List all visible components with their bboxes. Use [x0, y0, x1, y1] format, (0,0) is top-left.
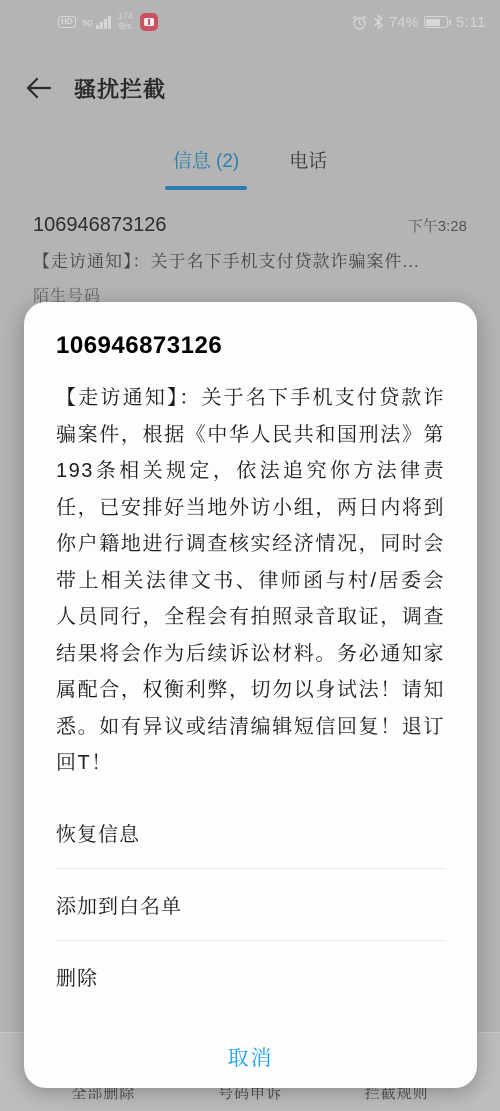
- back-arrow-icon: [25, 77, 51, 99]
- status-bar: HD 5G 174 B/s 74: [0, 0, 500, 44]
- tab-messages-label: 信息 (2): [173, 151, 240, 172]
- tab-bar: 信息 (2) 电话: [0, 138, 500, 190]
- clock-time-label: 5:11: [456, 14, 486, 31]
- restore-message-option[interactable]: 恢复信息: [56, 797, 445, 868]
- sender-number: 106946873126: [33, 214, 166, 237]
- page-title: 骚扰拦截: [74, 73, 166, 104]
- add-to-whitelist-option[interactable]: 添加到白名单: [56, 868, 445, 940]
- dialog-message-body: 【走访通知】：关于名下手机支付贷款诈骗案件，根据《中华人民共和国刑法》第193条…: [56, 380, 445, 782]
- speed-unit: B/s: [119, 21, 132, 31]
- dialog-title-number: 106946873126: [56, 332, 445, 360]
- speed-value: 174: [118, 11, 133, 21]
- tab-messages[interactable]: 信息 (2): [171, 138, 242, 190]
- tab-calls-label: 电话: [289, 151, 327, 172]
- app-header: 骚扰拦截: [0, 58, 500, 118]
- cancel-button[interactable]: 取消: [56, 1020, 445, 1089]
- message-time: 下午3:28: [408, 215, 467, 236]
- delete-option[interactable]: 删除: [56, 940, 445, 1012]
- screen: HD 5G 174 B/s 74: [0, 0, 500, 1111]
- message-options-dialog: 106946873126 【走访通知】：关于名下手机支付贷款诈骗案件，根据《中华…: [24, 302, 477, 1088]
- battery-percent-label: 74%: [389, 14, 419, 31]
- dialog-options-menu: 恢复信息 添加到白名单 删除: [56, 797, 445, 1012]
- hd-icon: HD: [58, 16, 76, 28]
- active-tab-underline: [165, 186, 248, 190]
- network-type-label: 5G: [83, 20, 94, 29]
- message-preview: 【走访通知】：关于名下手机支付贷款诈骗案件...: [33, 247, 467, 272]
- alarm-clock-icon: [351, 14, 368, 31]
- blocked-message-list-item[interactable]: 106946873126 下午3:28 【走访通知】：关于名下手机支付贷款诈骗案…: [33, 214, 467, 306]
- network-speed-indicator: 174 B/s: [118, 12, 133, 32]
- bluetooth-icon: [373, 14, 384, 30]
- back-button[interactable]: [16, 66, 60, 110]
- signal-strength-icon: 5G: [83, 16, 111, 29]
- tab-calls[interactable]: 电话: [287, 138, 329, 190]
- book-glyph-icon: [144, 18, 154, 26]
- red-app-notification-icon: [140, 13, 158, 31]
- battery-icon: [424, 16, 451, 28]
- signal-bars-icon: [96, 16, 111, 29]
